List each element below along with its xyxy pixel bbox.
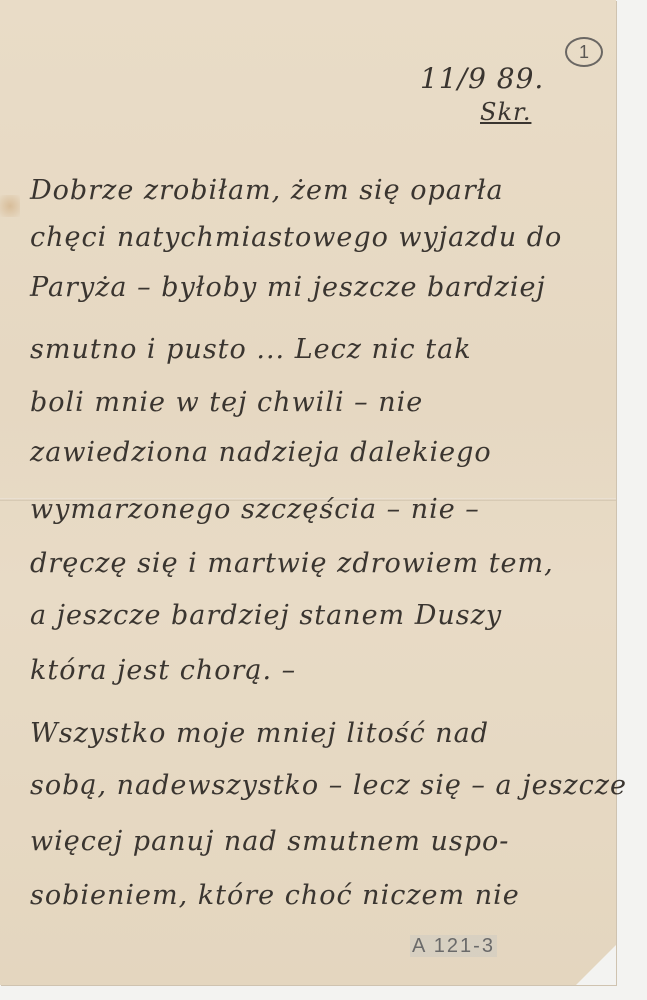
circled-page-number: 1 [565,37,603,67]
folded-corner [576,945,616,985]
letter-line: dręczę się i martwię zdrowiem tem, [30,548,554,579]
archive-reference-label: A 121-3 [410,935,497,957]
letter-line: sobą, nadewszystko – lecz się – a jeszcz… [30,770,627,801]
letter-page: 1 11/9 89. Skr. Dobrze zrobiłam, żem się… [0,0,616,985]
letter-line: Paryża – byłoby mi jeszcze bardziej [30,272,546,303]
letter-line: która jest chorą. – [30,655,296,686]
letter-line: więcej panuj nad smutnem uspo- [30,826,509,857]
letter-line: Wszystko moje mniej litość nad [30,718,489,749]
letter-date: 11/9 89. [420,62,544,95]
letter-place: Skr. [480,98,531,126]
paper-stain [0,195,20,217]
archive-reference: A 121-3 [410,935,497,958]
letter-line: chęci natychmiastowego wyjazdu do [30,222,562,253]
letter-line: wymarzonego szczęścia – nie – [30,494,480,525]
letter-line: sobieniem, które choć niczem nie [30,880,520,911]
letter-line: zawiedziona nadzieja dalekiego [30,437,492,468]
letter-line: a jeszcze bardziej stanem Duszy [30,600,502,631]
letter-line: boli mnie w tej chwili – nie [30,387,423,418]
letter-line: Dobrze zrobiłam, żem się oparła [30,175,504,206]
letter-line: smutno i pusto ... Lecz nic tak [30,334,472,365]
